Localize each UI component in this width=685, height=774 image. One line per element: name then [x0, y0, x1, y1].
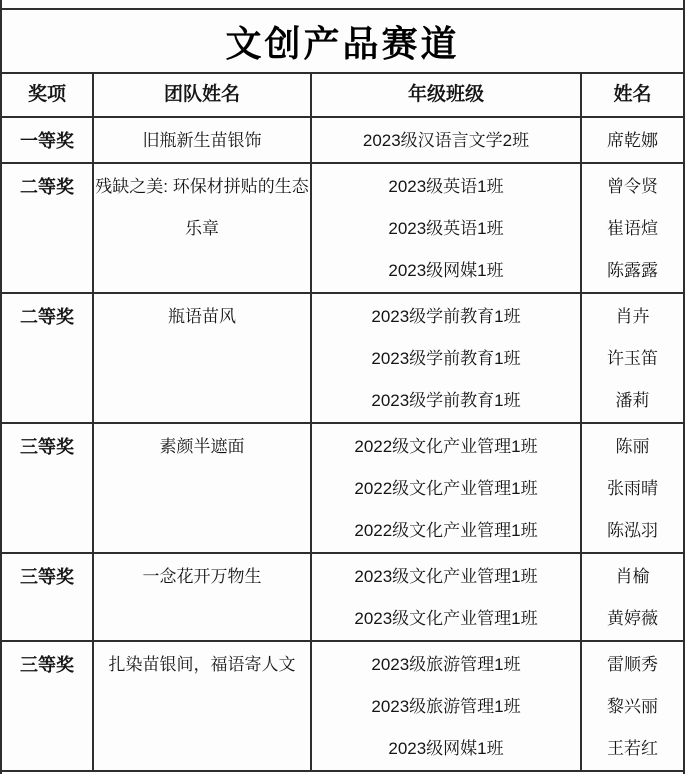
team-cell: 残缺之美: 环保材拼贴的生态乐章	[94, 164, 312, 292]
cell-line: 2023级网媒1班	[312, 250, 580, 292]
cell-line: 2023级英语1班	[312, 166, 580, 208]
cell-line: 2023级英语1班	[312, 208, 580, 250]
cell-line: 崔语煊	[582, 208, 683, 250]
cell-line: 2023级旅游管理1班	[312, 644, 580, 686]
classes-cell: 2023级学前教育1班2023级学前教育1班2023级学前教育1班	[312, 294, 582, 422]
cell-line: 黄婷薇	[582, 598, 683, 640]
names-cell: 雷顺秀黎兴丽王若红	[582, 642, 683, 770]
page-title: 文创产品赛道	[2, 8, 683, 72]
table-row: 二等奖 瓶语苗风 2023级学前教育1班2023级学前教育1班2023级学前教育…	[2, 294, 683, 424]
names-cell: 肖榆黄婷薇	[582, 554, 683, 640]
table-row: 二等奖 残缺之美: 环保材拼贴的生态乐章 2023级英语1班2023级英语1班2…	[2, 164, 683, 294]
team-cell: 扎染苗银间，福语寄人文	[94, 642, 312, 770]
cell-line: 黎兴丽	[582, 686, 683, 728]
cell-line: 2023级文化产业管理1班	[312, 556, 580, 598]
award-table-sheet: 文创产品赛道 奖项 团队姓名 年级班级 姓名 一等奖 旧瓶新生苗银饰 2023级…	[0, 0, 685, 774]
cell-line: 许玉笛	[582, 338, 683, 380]
names-cell: 陈丽张雨晴陈泓羽	[582, 424, 683, 552]
classes-cell: 2023级英语1班2023级英语1班2023级网媒1班	[312, 164, 582, 292]
names-cell: 曾令贤崔语煊陈露露	[582, 164, 683, 292]
cell-line: 陈露露	[582, 250, 683, 292]
cell-line: 2023级旅游管理1班	[312, 686, 580, 728]
award-cell: 三等奖	[2, 642, 94, 770]
table-header-row: 奖项 团队姓名 年级班级 姓名	[2, 72, 683, 118]
names-cell: 肖卉许玉笛潘莉	[582, 294, 683, 422]
cell-line: 肖榆	[582, 556, 683, 598]
cell-line: 2023级学前教育1班	[312, 380, 580, 422]
classes-cell: 2023级旅游管理1班2023级旅游管理1班2023级网媒1班	[312, 642, 582, 770]
cell-line: 2023级汉语言文学2班	[312, 120, 580, 162]
table-body: 一等奖 旧瓶新生苗银饰 2023级汉语言文学2班 席乾娜 二等奖 残缺之美: 环…	[2, 118, 683, 772]
cell-line: 陈泓羽	[582, 510, 683, 552]
cell-line: 陈丽	[582, 426, 683, 468]
award-cell: 三等奖	[2, 554, 94, 640]
cell-line: 席乾娜	[582, 120, 683, 162]
team-cell: 瓶语苗风	[94, 294, 312, 422]
table-row: 三等奖 扎染苗银间，福语寄人文 2023级旅游管理1班2023级旅游管理1班20…	[2, 642, 683, 772]
award-cell: 一等奖	[2, 118, 94, 162]
cell-line: 2022级文化产业管理1班	[312, 426, 580, 468]
award-cell: 二等奖	[2, 294, 94, 422]
document-page: 文创产品赛道 奖项 团队姓名 年级班级 姓名 一等奖 旧瓶新生苗银饰 2023级…	[0, 0, 685, 774]
header-award: 奖项	[2, 74, 94, 116]
header-classes: 年级班级	[312, 74, 582, 116]
cell-line: 2022级文化产业管理1班	[312, 468, 580, 510]
team-cell: 一念花开万物生	[94, 554, 312, 640]
cell-line: 张雨晴	[582, 468, 683, 510]
cell-line: 雷顺秀	[582, 644, 683, 686]
header-names: 姓名	[582, 74, 683, 116]
table-row: 三等奖 一念花开万物生 2023级文化产业管理1班2023级文化产业管理1班 肖…	[2, 554, 683, 642]
classes-cell: 2023级文化产业管理1班2023级文化产业管理1班	[312, 554, 582, 640]
names-cell: 席乾娜	[582, 118, 683, 162]
table-row: 三等奖 素颜半遮面 2022级文化产业管理1班2022级文化产业管理1班2022…	[2, 424, 683, 554]
cell-line: 2022级文化产业管理1班	[312, 510, 580, 552]
cell-line: 2023级网媒1班	[312, 728, 580, 770]
classes-cell: 2023级汉语言文学2班	[312, 118, 582, 162]
header-team: 团队姓名	[94, 74, 312, 116]
cell-line: 曾令贤	[582, 166, 683, 208]
cell-line: 王若红	[582, 728, 683, 770]
cell-line: 潘莉	[582, 380, 683, 422]
award-cell: 三等奖	[2, 424, 94, 552]
table-row: 一等奖 旧瓶新生苗银饰 2023级汉语言文学2班 席乾娜	[2, 118, 683, 164]
award-cell: 二等奖	[2, 164, 94, 292]
cell-line: 2023级学前教育1班	[312, 296, 580, 338]
team-cell: 素颜半遮面	[94, 424, 312, 552]
cell-line: 2023级文化产业管理1班	[312, 598, 580, 640]
team-cell: 旧瓶新生苗银饰	[94, 118, 312, 162]
cell-line: 2023级学前教育1班	[312, 338, 580, 380]
classes-cell: 2022级文化产业管理1班2022级文化产业管理1班2022级文化产业管理1班	[312, 424, 582, 552]
cell-line: 肖卉	[582, 296, 683, 338]
